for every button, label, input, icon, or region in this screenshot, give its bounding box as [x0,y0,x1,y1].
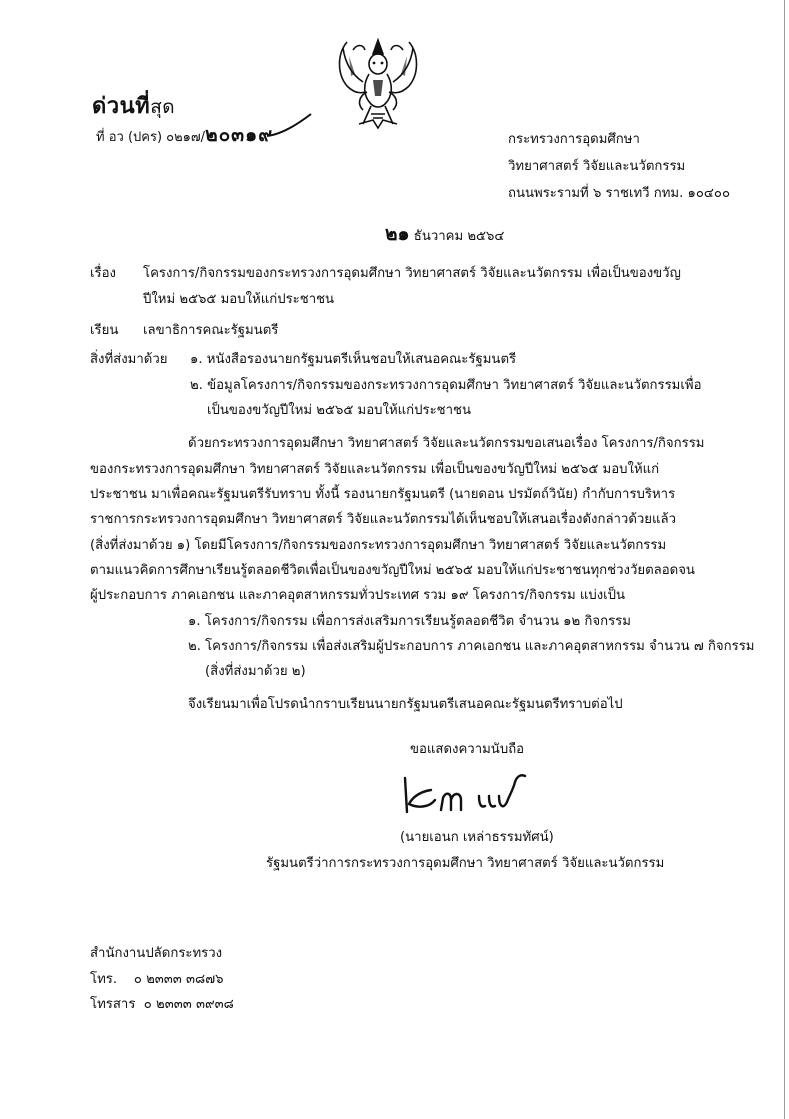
body-list-item-continued: (สิ่งที่ส่งมาด้วย ๒) [205,660,306,681]
body-paragraph-line: ผู้ประกอบการ ภาคเอกชน และภาคอุตสาหกรรมทั… [90,584,625,605]
garuda-emblem-icon [333,34,423,134]
body-paragraph-line: ตามแนวคิดการศึกษาเรียนรู้ตลอดชีวิตเพื่อเ… [90,559,695,580]
sender-address-line: วิทยาศาสตร์ วิจัยและนวัตกรรม [508,155,685,176]
salutation: ขอแสดงความนับถือ [410,738,524,759]
subject-line: โครงการ/กิจกรรมของกระทรวงการอุดมศึกษา วิ… [143,262,681,283]
checkmark-icon [265,112,313,140]
enclosure-item: ๑. หนังสือรองนายกรัฐมนตรีเห็นชอบให้เสนอค… [190,348,516,369]
phone-label: โทร. [90,972,117,987]
date-day-handwritten: ๒๑ [385,223,410,245]
body-list-item: ๒. โครงการ/กิจกรรม เพื่อส่งเสริมผู้ประกอ… [188,635,754,656]
handwritten-signature-icon [395,770,535,820]
sender-address-line: กระทรวงการอุดมศึกษา [508,128,640,149]
recipient-label: เรียน [90,319,118,340]
footer-office: สำนักงานปลัดกระทรวง [90,942,222,963]
fax-label: โทรสาร [90,997,135,1012]
footer-phone: โทร. ๐ ๒๓๓๓ ๓๘๗๖ [90,968,224,989]
subject-line: ปีใหม่ ๒๕๖๕ มอบให้แก่ประชาชน [143,288,334,309]
recipient-value: เลขาธิการคณะรัฐมนตรี [143,319,278,340]
page-edge [784,0,785,1119]
fax-number: ๐ ๒๓๓๓ ๓๙๓๘ [144,997,234,1012]
document-number: ที่ อว (ปคร) ๐๒๑๗/๒๐๓๑๙ [96,120,273,150]
phone-number: ๐ ๒๓๓๓ ๓๘๗๖ [134,972,224,987]
body-paragraph-line: (สิ่งที่ส่งมาด้วย ๑) โดยมีโครงการ/กิจกรร… [90,534,666,555]
body-list-item: ๑. โครงการ/กิจกรรม เพื่อการส่งเสริมการเร… [188,610,631,631]
body-paragraph-line: ของกระทรวงการอุดมศึกษา วิทยาศาสตร์ วิจัย… [90,458,659,479]
sender-address-line: ถนนพระรามที่ ๖ ราชเทวี กทม. ๑๐๔๐๐ [508,182,730,203]
body-paragraph-line: ราชการกระทรวงการอุดมศึกษา วิทยาศาสตร์ วิ… [90,508,676,529]
urgency-bold: ด่วนที่ [92,94,150,119]
document-number-prefix: ที่ อว (ปคร) ๐๒๑๗/ [96,130,205,145]
body-paragraph-line: ประชาชน มาเพื่อคณะรัฐมนตรีรับทราบ ทั้งนี… [90,483,675,504]
date-month-year: ธันวาคม ๒๕๖๔ [410,229,505,244]
enclosures-label: สิ่งที่ส่งมาด้วย [90,348,167,369]
closing-request: จึงเรียนมาเพื่อโปรดนำกราบเรียนนายกรัฐมนต… [188,693,623,714]
urgency-light: สุด [150,96,175,118]
document-number-handwritten: ๒๐๓๑๙ [205,124,273,146]
subject-label: เรื่อง [90,262,116,283]
document-date: ๒๑ ธันวาคม ๒๕๖๔ [385,219,504,249]
urgency-label: ด่วนที่สุด [92,88,175,123]
footer-fax: โทรสาร ๐ ๒๓๓๓ ๓๙๓๘ [90,993,234,1014]
enclosure-item: ๒. ข้อมูลโครงการ/กิจกรรมของกระทรวงการอุด… [190,374,702,395]
enclosure-item-continued: เป็นของขวัญปีใหม่ ๒๕๖๕ มอบให้แก่ประชาชน [207,399,471,420]
signer-name: (นายเอนก เหล่าธรรมทัศน์) [400,826,554,847]
body-paragraph-line: ด้วยกระทรวงการอุดมศึกษา วิทยาศาสตร์ วิจั… [188,432,704,453]
signer-title: รัฐมนตรีว่าการกระทรวงการอุดมศึกษา วิทยาศ… [266,852,664,873]
